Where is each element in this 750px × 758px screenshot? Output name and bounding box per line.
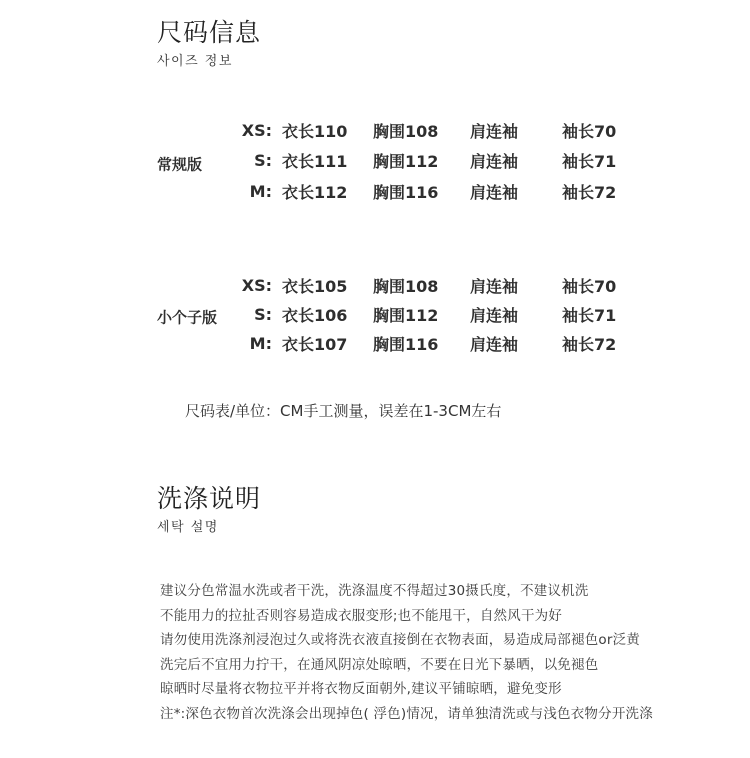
shoulder-cell: 肩连袖 bbox=[470, 329, 562, 358]
size-cell: XS: bbox=[157, 115, 282, 146]
wash-instruction-line: 请勿使用洗涤剂浸泡过久或将洗衣液直接倒在衣物表面，易造成局部褪色or泛黄 bbox=[160, 628, 653, 653]
wash-section-header: 洗涤说明 세탁 설명 bbox=[157, 484, 261, 534]
sleeve-cell: 袖长70 bbox=[562, 271, 628, 300]
length-cell: 衣长112 bbox=[282, 176, 373, 207]
sleeve-cell: 袖长70 bbox=[562, 115, 628, 146]
size-table-petite-grid: XS: 衣长105 胸围108 肩连袖 袖长70 S: 衣长106 胸围112 … bbox=[157, 271, 628, 358]
sleeve-cell: 袖长71 bbox=[562, 300, 628, 329]
sleeve-cell: 袖长71 bbox=[562, 146, 628, 177]
wash-section-subtitle-korean: 세탁 설명 bbox=[157, 521, 261, 534]
wash-instruction-line: 注*:深色衣物首次洗涤会出现掉色( 浮色)情况，请单独清洗或与浅色衣物分开洗涤 bbox=[160, 702, 653, 727]
size-section-header: 尺码信息 사이즈 정보 bbox=[157, 18, 261, 68]
size-section-subtitle-korean: 사이즈 정보 bbox=[157, 55, 261, 68]
bust-cell: 胸围116 bbox=[373, 176, 470, 207]
shoulder-cell: 肩连袖 bbox=[470, 176, 562, 207]
wash-instruction-line: 晾晒时尽量将衣物拉平并将衣物反面朝外,建议平铺晾晒，避免变形 bbox=[160, 677, 653, 702]
size-table-regular: 常规版 XS: 衣长110 胸围108 肩连袖 袖长70 S: 衣长111 胸围… bbox=[157, 115, 628, 207]
version-label-regular: 常规版 bbox=[157, 154, 202, 175]
shoulder-cell: 肩连袖 bbox=[470, 271, 562, 300]
wash-instruction-line: 不能用力的拉扯否则容易造成衣服变形;也不能甩干，自然风干为好 bbox=[160, 604, 653, 629]
measurement-note: 尺码表/单位：CM手工测量，误差在1-3CM左右 bbox=[185, 400, 501, 422]
bust-cell: 胸围108 bbox=[373, 271, 470, 300]
bust-cell: 胸围116 bbox=[373, 329, 470, 358]
length-cell: 衣长106 bbox=[282, 300, 373, 329]
size-table-petite: 小个子版 XS: 衣长105 胸围108 肩连袖 袖长70 S: 衣长106 胸… bbox=[157, 271, 628, 358]
size-table-regular-grid: XS: 衣长110 胸围108 肩连袖 袖长70 S: 衣长111 胸围112 … bbox=[157, 115, 628, 207]
bust-cell: 胸围112 bbox=[373, 300, 470, 329]
length-cell: 衣长107 bbox=[282, 329, 373, 358]
wash-instruction-line: 建议分色常温水洗或者干洗，洗涤温度不得超过30摄氏度，不建议机洗 bbox=[160, 579, 653, 604]
shoulder-cell: 肩连袖 bbox=[470, 115, 562, 146]
version-label-petite: 小个子版 bbox=[157, 307, 217, 328]
shoulder-cell: 肩连袖 bbox=[470, 300, 562, 329]
length-cell: 衣长105 bbox=[282, 271, 373, 300]
bust-cell: 胸围108 bbox=[373, 115, 470, 146]
sleeve-cell: 袖长72 bbox=[562, 329, 628, 358]
size-cell: XS: bbox=[157, 271, 282, 300]
length-cell: 衣长111 bbox=[282, 146, 373, 177]
size-cell: M: bbox=[157, 329, 282, 358]
shoulder-cell: 肩连袖 bbox=[470, 146, 562, 177]
wash-instruction-line: 洗完后不宜用力拧干，在通风阴凉处晾晒，不要在日光下暴晒，以免褪色 bbox=[160, 653, 653, 678]
size-cell: M: bbox=[157, 176, 282, 207]
wash-section-title: 洗涤说明 bbox=[157, 484, 261, 514]
sleeve-cell: 袖长72 bbox=[562, 176, 628, 207]
size-section-title: 尺码信息 bbox=[157, 18, 261, 48]
length-cell: 衣长110 bbox=[282, 115, 373, 146]
product-size-info-panel: 尺码信息 사이즈 정보 常规版 XS: 衣长110 胸围108 肩连袖 袖长70… bbox=[0, 0, 750, 758]
bust-cell: 胸围112 bbox=[373, 146, 470, 177]
wash-instructions: 建议分色常温水洗或者干洗，洗涤温度不得超过30摄氏度，不建议机洗 不能用力的拉扯… bbox=[160, 579, 653, 726]
